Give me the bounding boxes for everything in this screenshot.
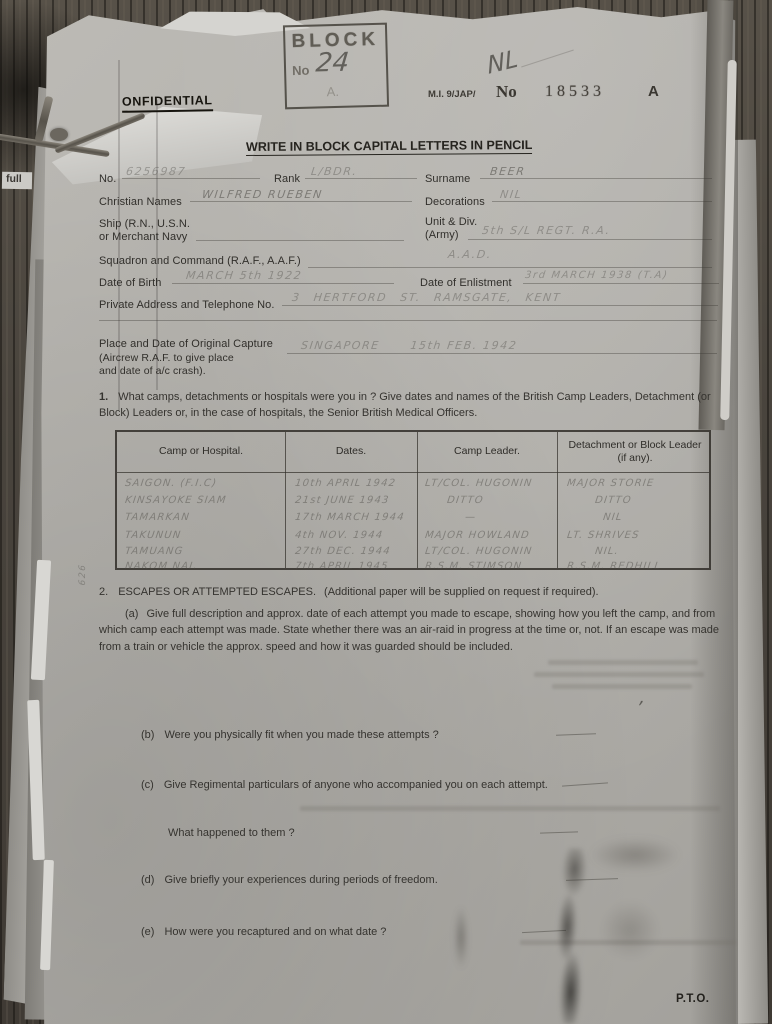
field-line-enlistment: 3rd MARCH 1938 (T.A) [523, 266, 719, 284]
field-value-no: 6256987 [125, 165, 187, 178]
cell-dates: 4th NOV. 1944 [294, 530, 384, 541]
cell-dates: 17th MARCH 1944 [294, 512, 405, 523]
table-header-line [117, 472, 709, 473]
question-2c-sub: What happened to them ? [168, 825, 568, 841]
question-1: 1.What camps, detachments or hospitals w… [99, 389, 721, 422]
field-value-dob: MARCH 5th 1922 [185, 269, 303, 282]
field-label-ship-1: Ship (R.N., U.S.N. [99, 218, 190, 230]
ink-bleed-through [300, 806, 720, 811]
question-2a: (a)Give full description and approx. dat… [99, 606, 725, 655]
photographed-document-scene: full BLOCK No 24 A. NL ONFIDENTIAL M.I. … [0, 0, 772, 1024]
field-line-decorations: NIL [492, 184, 712, 202]
underpage-text-label: full [6, 173, 22, 185]
field-line-dob: MARCH 5th 1922 [172, 266, 394, 284]
table-row: TAKUNUN 4th NOV. 1944 MAJOR HOWLAND LT. … [117, 530, 709, 546]
field-value-unit: 5th S/L REGT. R.A. [481, 224, 611, 237]
field-label-capture-note-2: and date of a/c crash). [99, 365, 206, 377]
field-label-christian-names: Christian Names [99, 196, 182, 208]
cell-dates: 27th DEC. 1944 [294, 546, 391, 557]
cell-camp: TAKUNUN [124, 530, 182, 541]
question-2-heading: 2.ESCAPES OR ATTEMPTED ESCAPES.(Addition… [99, 584, 723, 600]
blank-rule [99, 320, 717, 321]
field-label-no: No. [99, 173, 116, 185]
field-label-surname: Surname [425, 173, 470, 185]
block-number-stamp: BLOCK No 24 A. [283, 23, 389, 110]
cell-dates: 10th APRIL 1942 [294, 478, 396, 489]
underpage-text: full [2, 172, 32, 190]
smudge-mark [590, 838, 680, 872]
ref-prefix: M.I. 9/JAP/ [428, 89, 476, 100]
table-row: SAIGON. (F.I.C) 10th APRIL 1942 LT/COL. … [117, 478, 709, 494]
smudge-mark [600, 900, 660, 960]
cell-block-leader: MAJOR STORIE [566, 478, 655, 489]
table-row: TAMUANG 27th DEC. 1944 LT/COL. HUGONIN N… [117, 546, 709, 562]
cell-block-leader: R.S.M. REDHILL [566, 561, 661, 572]
question-2c-id: (c) [141, 779, 154, 791]
dark-stain [540, 847, 601, 1024]
question-1-text: What camps, detachments or hospitals wer… [99, 391, 711, 419]
field-label-ship-2: or Merchant Navy [99, 231, 187, 243]
field-line-capture: SINGAPORE 15th FEB. 1942 [287, 336, 717, 354]
question-2d: (d)Give briefly your experiences during … [141, 872, 701, 888]
cell-leader: DITTO [446, 495, 484, 506]
cell-block-leader: NIL. [594, 546, 619, 557]
field-line-unit: 5th S/L REGT. R.A. [468, 222, 712, 240]
cell-camp: TAMUANG [124, 546, 184, 557]
ref-number-stamp: 18533 [545, 83, 605, 101]
question-1-number: 1. [99, 391, 108, 403]
cell-leader: — [464, 512, 477, 523]
cell-leader: R.S.M. STIMSON [424, 561, 523, 572]
question-2c-text: Give Regimental particulars of anyone wh… [164, 779, 548, 791]
cell-dates: 21st JUNE 1943 [294, 495, 390, 506]
question-2a-text: Give full description and approx. date o… [99, 608, 719, 653]
question-2e-id: (e) [141, 926, 154, 938]
question-2b-id: (b) [141, 729, 154, 741]
field-label-address: Private Address and Telephone No. [99, 299, 275, 311]
page-turn-over: P.T.O. [676, 993, 709, 1005]
field-line-address: 3 HERTFORD ST. RAMSGATE, KENT [282, 288, 718, 306]
ink-bleed-through [534, 672, 704, 677]
table-row: NAKOM NAI. 7th APRIL 1945 R.S.M. STIMSON… [117, 561, 709, 577]
table-header-dates: Dates. [285, 432, 417, 472]
field-value-squadron: A.A.D. [447, 248, 493, 261]
question-2e-text: How were you recaptured and on what date… [164, 926, 386, 938]
field-value-capture: SINGAPORE 15th FEB. 1942 [300, 339, 518, 352]
confidential-heading: ONFIDENTIAL [122, 93, 213, 113]
question-2-note: (Additional paper will be supplied on re… [324, 586, 599, 598]
question-2-number: 2. [99, 586, 108, 598]
table-header-leader: Camp Leader. [417, 432, 557, 472]
field-line-christian-names: WILFRED RUEBEN [190, 184, 412, 202]
field-value-address: 3 HERTFORD ST. RAMSGATE, KENT [291, 291, 562, 304]
field-line-ship [196, 240, 404, 241]
cell-leader: LT/COL. HUGONIN [424, 478, 533, 489]
question-2-title: ESCAPES OR ATTEMPTED ESCAPES. [118, 586, 316, 598]
field-value-decorations: NIL [499, 188, 523, 201]
cell-block-leader: DITTO [594, 495, 632, 506]
cell-dates: 7th APRIL 1945 [294, 561, 389, 572]
margin-pencil-scribble: 626 [78, 563, 88, 586]
instruction-text: WRITE IN BLOCK CAPITAL LETTERS IN PENCIL [246, 138, 532, 156]
table-row: KINSAYOKE SIAM 21st JUNE 1943 DITTO DITT… [117, 495, 709, 511]
ink-bleed-through [548, 660, 698, 665]
cell-block-leader: NIL [602, 512, 623, 523]
field-label-capture-note-1: (Aircrew R.A.F. to give place [99, 352, 234, 364]
field-label-decorations: Decorations [425, 196, 485, 208]
question-2c: (c)Give Regimental particulars of anyone… [141, 777, 701, 793]
cell-leader: MAJOR HOWLAND [424, 530, 530, 541]
field-line-surname: BEER [480, 161, 712, 179]
question-2b: (b)Were you physically fit when you made… [141, 727, 701, 743]
table-row: TAMARKAN 17th MARCH 1944 — NIL [117, 512, 709, 528]
field-value-christian-names: WILFRED RUEBEN [201, 188, 324, 201]
field-label-capture: Place and Date of Original Capture [99, 338, 273, 350]
field-label-dob: Date of Birth [99, 277, 161, 289]
table-header-camp: Camp or Hospital. [117, 432, 285, 472]
cell-camp: NAKOM NAI. [124, 561, 198, 572]
ref-no-label: No [496, 82, 517, 102]
field-label-unit-2: (Army) [425, 229, 459, 241]
ref-letter-stamp: A [648, 83, 659, 100]
block-stamp-no-label: No [292, 63, 310, 78]
small-stain [446, 885, 476, 990]
cell-block-leader: LT. SHRIVES [566, 530, 640, 541]
block-number-handwritten: 24 [314, 48, 350, 79]
cell-camp: TAMARKAN [124, 512, 190, 523]
cell-leader: LT/COL. HUGONIN [424, 546, 533, 557]
block-stamp-sub: A. [326, 84, 339, 99]
cell-camp: SAIGON. (F.I.C) [124, 478, 218, 489]
field-line-rank: L/BDR. [305, 161, 417, 179]
question-2b-text: Were you physically fit when you made th… [164, 729, 438, 741]
field-line-no: 6256987 [122, 161, 260, 179]
field-value-surname: BEER [489, 165, 526, 178]
question-2d-text: Give briefly your experiences during per… [164, 874, 437, 886]
question-2d-id: (d) [141, 874, 154, 886]
ink-bleed-through [552, 684, 692, 689]
camps-table: Camp or Hospital. Dates. Camp Leader. De… [115, 430, 711, 570]
field-value-rank: L/BDR. [310, 165, 358, 178]
field-value-enlistment: 3rd MARCH 1938 (T.A) [524, 270, 669, 281]
table-header-block-leader: Detachment or Block Leader (if any). [557, 432, 713, 472]
instruction-heading: WRITE IN BLOCK CAPITAL LETTERS IN PENCIL [40, 137, 738, 155]
question-2a-id: (a) [125, 608, 138, 620]
cell-camp: KINSAYOKE SIAM [124, 495, 227, 506]
